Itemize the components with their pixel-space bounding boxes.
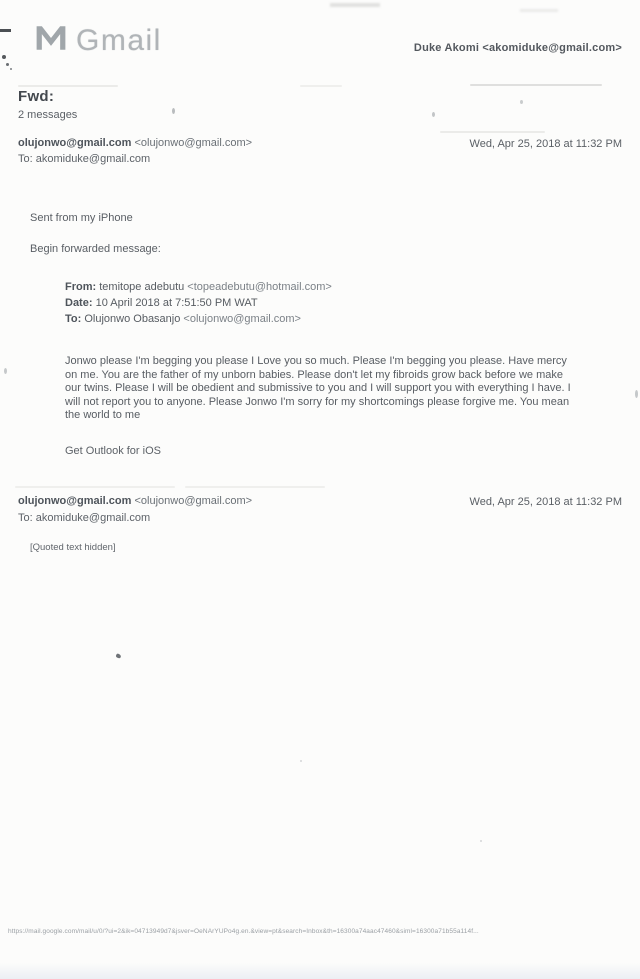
divider bbox=[300, 85, 342, 87]
gmail-logo-text: Gmail bbox=[76, 26, 162, 56]
sender-address: <olujonwo@gmail.com> bbox=[134, 495, 252, 507]
scan-speckle bbox=[520, 100, 523, 104]
divider bbox=[470, 84, 602, 86]
signature-line: Sent from my iPhone bbox=[30, 212, 133, 224]
scan-speckle bbox=[635, 390, 638, 398]
from-label: From: bbox=[65, 281, 96, 293]
gmail-envelope-m-icon bbox=[34, 24, 68, 57]
scan-speckle bbox=[10, 68, 12, 70]
date-label: Date: bbox=[65, 297, 93, 309]
scan-speckle bbox=[2, 55, 6, 59]
sender-name: olujonwo@gmail.com bbox=[18, 495, 131, 507]
scan-speckle bbox=[480, 840, 482, 842]
outlook-signature: Get Outlook for iOS bbox=[65, 445, 161, 457]
print-footer-url: https://mail.google.com/mail/u/0/?ui=2&i… bbox=[8, 928, 636, 935]
quoted-text-hidden: [Quoted text hidden] bbox=[30, 542, 116, 553]
sender-address: <olujonwo@gmail.com> bbox=[134, 137, 252, 149]
scan-speckle bbox=[432, 112, 435, 117]
from-address: <topeadebutu@hotmail.com> bbox=[187, 281, 331, 293]
message1-sender-row: olujonwo@gmail.com <olujonwo@gmail.com> bbox=[18, 137, 252, 149]
to-label: To: bbox=[65, 313, 81, 325]
email-subject: Fwd: bbox=[18, 88, 54, 105]
scan-speckle bbox=[172, 108, 175, 114]
divider bbox=[18, 85, 118, 87]
scan-mark bbox=[0, 29, 11, 32]
message1-to: To: akomiduke@gmail.com bbox=[18, 153, 150, 165]
divider bbox=[440, 131, 545, 133]
scan-smudge bbox=[330, 3, 380, 7]
message2-to: To: akomiduke@gmail.com bbox=[18, 512, 150, 524]
from-name: temitope adebutu bbox=[96, 281, 187, 293]
to-name: Olujonwo Obasanjo bbox=[81, 313, 183, 325]
message1-date: Wed, Apr 25, 2018 at 11:32 PM bbox=[470, 138, 622, 150]
scan-speckle bbox=[300, 760, 302, 762]
message-body-paragraph: Jonwo please I'm begging you please I Lo… bbox=[65, 355, 580, 423]
message-count: 2 messages bbox=[18, 109, 77, 121]
sender-name: olujonwo@gmail.com bbox=[18, 137, 131, 149]
date-value: 10 April 2018 at 7:51:50 PM WAT bbox=[93, 297, 258, 309]
message2-date: Wed, Apr 25, 2018 at 11:32 PM bbox=[470, 496, 622, 508]
scan-edge-tint bbox=[0, 963, 640, 979]
scan-speckle bbox=[6, 63, 9, 66]
account-owner: Duke Akomi <akomiduke@gmail.com> bbox=[414, 42, 622, 54]
forwarded-to-line: To: Olujonwo Obasanjo <olujonwo@gmail.co… bbox=[65, 311, 332, 327]
forwarded-date-line: Date: 10 April 2018 at 7:51:50 PM WAT bbox=[65, 295, 332, 311]
divider bbox=[15, 486, 175, 488]
scan-speckle bbox=[115, 653, 121, 659]
forwarded-from-line: From: temitope adebutu <topeadebutu@hotm… bbox=[65, 279, 332, 295]
divider bbox=[185, 486, 325, 488]
to-address: <olujonwo@gmail.com> bbox=[183, 313, 301, 325]
message2-sender-row: olujonwo@gmail.com <olujonwo@gmail.com> bbox=[18, 495, 252, 507]
scan-smudge bbox=[520, 9, 558, 12]
forward-intro-line: Begin forwarded message: bbox=[30, 243, 161, 255]
forwarded-headers: From: temitope adebutu <topeadebutu@hotm… bbox=[65, 279, 332, 327]
gmail-logo: Gmail bbox=[34, 24, 162, 57]
scanned-email-page: Gmail Duke Akomi <akomiduke@gmail.com> F… bbox=[0, 0, 640, 979]
scan-speckle bbox=[4, 368, 7, 374]
